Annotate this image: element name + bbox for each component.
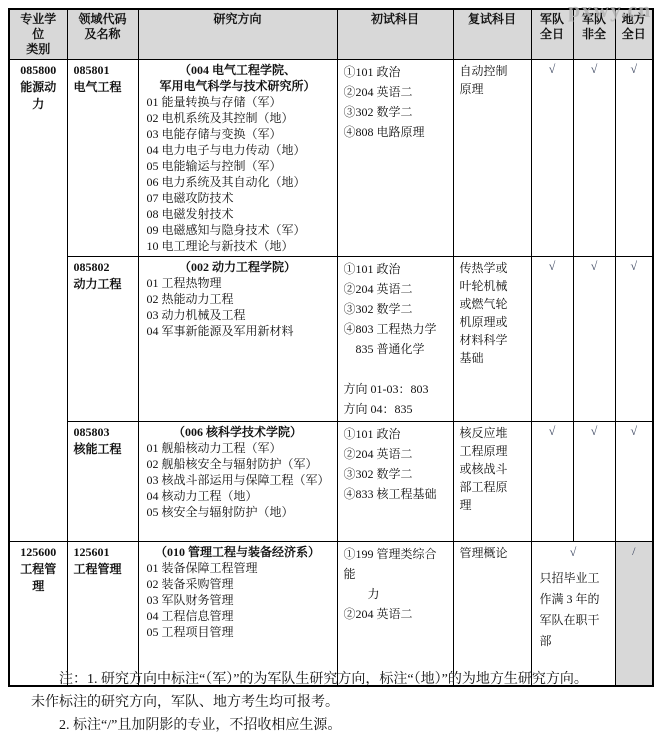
header-civilian-fulltime: 地方 全日: [615, 9, 653, 60]
directions-list: 01 工程热物理 02 热能动力工程 03 动力机械及工程 04 军事新能源及军…: [145, 275, 331, 339]
field-code-cell: 085803 核能工程: [67, 422, 138, 542]
footnote-line-1: 注：1. 研究方向中标注“（军）”的为军队生研究方向，标注“（地）”的为地方生研…: [31, 668, 647, 691]
field-code-cell: 085801 电气工程: [67, 60, 138, 257]
initial-exam-cell: ①101 政治 ②204 英语二 ③302 数学二 ④808 电路原理: [337, 60, 453, 257]
check-army-parttime: √: [573, 257, 615, 422]
header-army-fulltime: 军队 全日: [531, 9, 573, 60]
header-field-code: 领域代码 及名称: [67, 9, 138, 60]
check-army-fulltime: √: [531, 60, 573, 257]
admissions-table: 专业学位 类别 领域代码 及名称 研究方向 初试科目 复试科目 军队 全日 军队…: [8, 8, 654, 687]
research-directions-cell: （004 电气工程学院、 军用电气科学与技术研究所） 01 能量转换与存储（军）…: [138, 60, 337, 257]
field-code-cell: 085802 动力工程: [67, 257, 138, 422]
research-directions-cell: （010 管理工程与装备经济系） 01 装备保障工程管理 02 装备采购管理 0…: [138, 542, 337, 686]
check-civilian-fulltime: √: [615, 60, 653, 257]
check-army-fulltime: √: [531, 257, 573, 422]
check-civilian-fulltime: √: [615, 422, 653, 542]
field-code-cell: 125601 工程管理: [67, 542, 138, 686]
check-army-parttime: √: [573, 422, 615, 542]
check-army-fulltime: √: [531, 422, 573, 542]
row-085803: 085803 核能工程 （006 核科学技术学院） 01 舰船核动力工程（军） …: [9, 422, 653, 542]
footnotes: 注：1. 研究方向中标注“（军）”的为军队生研究方向，标注“（地）”的为地方生研…: [31, 668, 647, 737]
document-page: pxwy.cn 专业学位 类别 领域代码 及名称 研究方向 初试科目 复试科目 …: [0, 0, 660, 742]
department-name: （002 动力工程学院）: [145, 259, 331, 275]
research-directions-cell: （002 动力工程学院） 01 工程热物理 02 热能动力工程 03 动力机械及…: [138, 257, 337, 422]
initial-exam-cell: ①199 管理类综合能 力 ②204 英语二: [337, 542, 453, 686]
header-initial-exam: 初试科目: [337, 9, 453, 60]
department-name: （004 电气工程学院、 军用电气科学与技术研究所）: [145, 62, 331, 94]
header-army-parttime: 军队 非全: [573, 9, 615, 60]
department-name: （010 管理工程与装备经济系）: [145, 544, 331, 560]
research-directions-cell: （006 核科学技术学院） 01 舰船核动力工程（军） 02 舰船核安全与辐射防…: [138, 422, 337, 542]
row-125601: 125600 工程管理 125601 工程管理 （010 管理工程与装备经济系）…: [9, 542, 653, 686]
initial-exam-cell: ①101 政治 ②204 英语二 ③302 数学二 ④803 工程热力学 835…: [337, 257, 453, 422]
footnote-line-3: 2. 标注“/”且加阴影的专业，不招收相应生源。: [31, 714, 647, 737]
check-civilian-fulltime: √: [615, 257, 653, 422]
no-enrollment-cell: /: [615, 542, 653, 686]
row-085801: 085800 能源动力 085801 电气工程 （004 电气工程学院、 军用电…: [9, 60, 653, 257]
category-cell-085800: 085800 能源动力: [9, 60, 67, 542]
directions-list: 01 舰船核动力工程（军） 02 舰船核安全与辐射防护（军） 03 核战斗部运用…: [145, 440, 331, 520]
initial-exam-cell: ①101 政治 ②204 英语二 ③302 数学二 ④833 核工程基础: [337, 422, 453, 542]
table-header-row: 专业学位 类别 领域代码 及名称 研究方向 初试科目 复试科目 军队 全日 军队…: [9, 9, 653, 60]
retest-cell: 管理概论: [453, 542, 531, 686]
row-085802: 085802 动力工程 （002 动力工程学院） 01 工程热物理 02 热能动…: [9, 257, 653, 422]
check-army-merged: √: [538, 544, 609, 560]
directions-list: 01 能量转换与存储（军） 02 电机系统及其控制（地） 03 电能存储与变换（…: [145, 94, 331, 254]
department-name: （006 核科学技术学院）: [145, 424, 331, 440]
footnote-line-2: 未作标注的研究方向，军队、地方考生均可报考。: [31, 691, 647, 714]
army-merged-cell: √ 只招毕业工 作满 3 年的 军队在职干 部: [531, 542, 615, 686]
header-research-directions: 研究方向: [138, 9, 337, 60]
retest-cell: 传热学或 叶轮机械 或燃气轮 机原理或 材料科学 基础: [453, 257, 531, 422]
header-degree-category: 专业学位 类别: [9, 9, 67, 60]
check-army-parttime: √: [573, 60, 615, 257]
category-cell-125600: 125600 工程管理: [9, 542, 67, 686]
retest-cell: 核反应堆 工程原理 或核战斗 部工程原 理: [453, 422, 531, 542]
retest-cell: 自动控制 原理: [453, 60, 531, 257]
directions-list: 01 装备保障工程管理 02 装备采购管理 03 军队财务管理 04 工程信息管…: [145, 560, 331, 640]
header-retest: 复试科目: [453, 9, 531, 60]
army-restriction-note: 只招毕业工 作满 3 年的 军队在职干 部: [538, 568, 609, 652]
